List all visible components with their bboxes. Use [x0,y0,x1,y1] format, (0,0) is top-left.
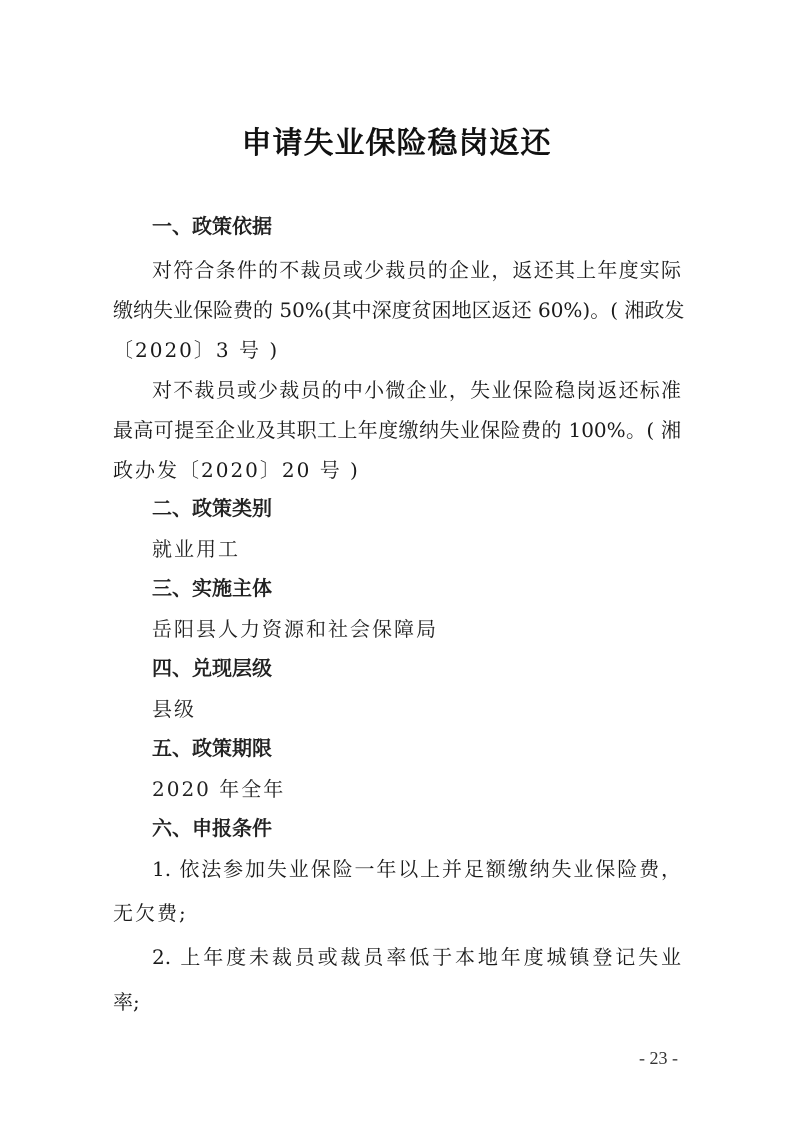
document-page: 申请失业保险稳岗返还 一、政策依据 对符合条件的不裁员或少裁员的企业，返还其上年… [0,0,793,1121]
section-content: 县级 [152,693,196,722]
paragraph-line: 政办发〔2020〕20 号 ) [113,454,681,483]
paragraph-line: 最高可提至企业及其职工上年度缴纳失业保险费的 100%。( 湘 [113,414,681,443]
condition-line: 2. 上年度未裁员或裁员率低于本地年度城镇登记失业 [152,941,681,970]
section-heading-policy-category: 二、政策类别 [152,492,272,521]
condition-line: 无欠费; [113,897,681,926]
section-content: 2020 年全年 [152,773,285,802]
section-content: 岳阳县人力资源和社会保障局 [152,613,438,642]
paragraph-line: 对不裁员或少裁员的中小微企业，失业保险稳岗返还标准 [152,374,681,403]
paragraph-line: 缴纳失业保险费的 50%(其中深度贫困地区返还 60%)。( 湘政发 [113,294,681,323]
section-content: 就业用工 [152,533,240,562]
section-heading-application-conditions: 六、申报条件 [152,812,272,841]
section-heading-implementing-body: 三、实施主体 [152,572,272,601]
section-heading-policy-basis: 一、政策依据 [152,210,272,239]
condition-line: 1. 依法参加失业保险一年以上并足额缴纳失业保险费， [152,853,681,882]
page-number: - 23 - [639,1048,678,1069]
section-heading-fulfillment-level: 四、兑现层级 [152,652,272,681]
paragraph-line: 对符合条件的不裁员或少裁员的企业，返还其上年度实际 [152,254,681,283]
condition-line: 率; [113,986,681,1015]
section-heading-policy-period: 五、政策期限 [152,732,272,761]
paragraph-line: 〔2020〕3 号 ) [113,334,681,363]
document-title: 申请失业保险稳岗返还 [0,118,793,162]
